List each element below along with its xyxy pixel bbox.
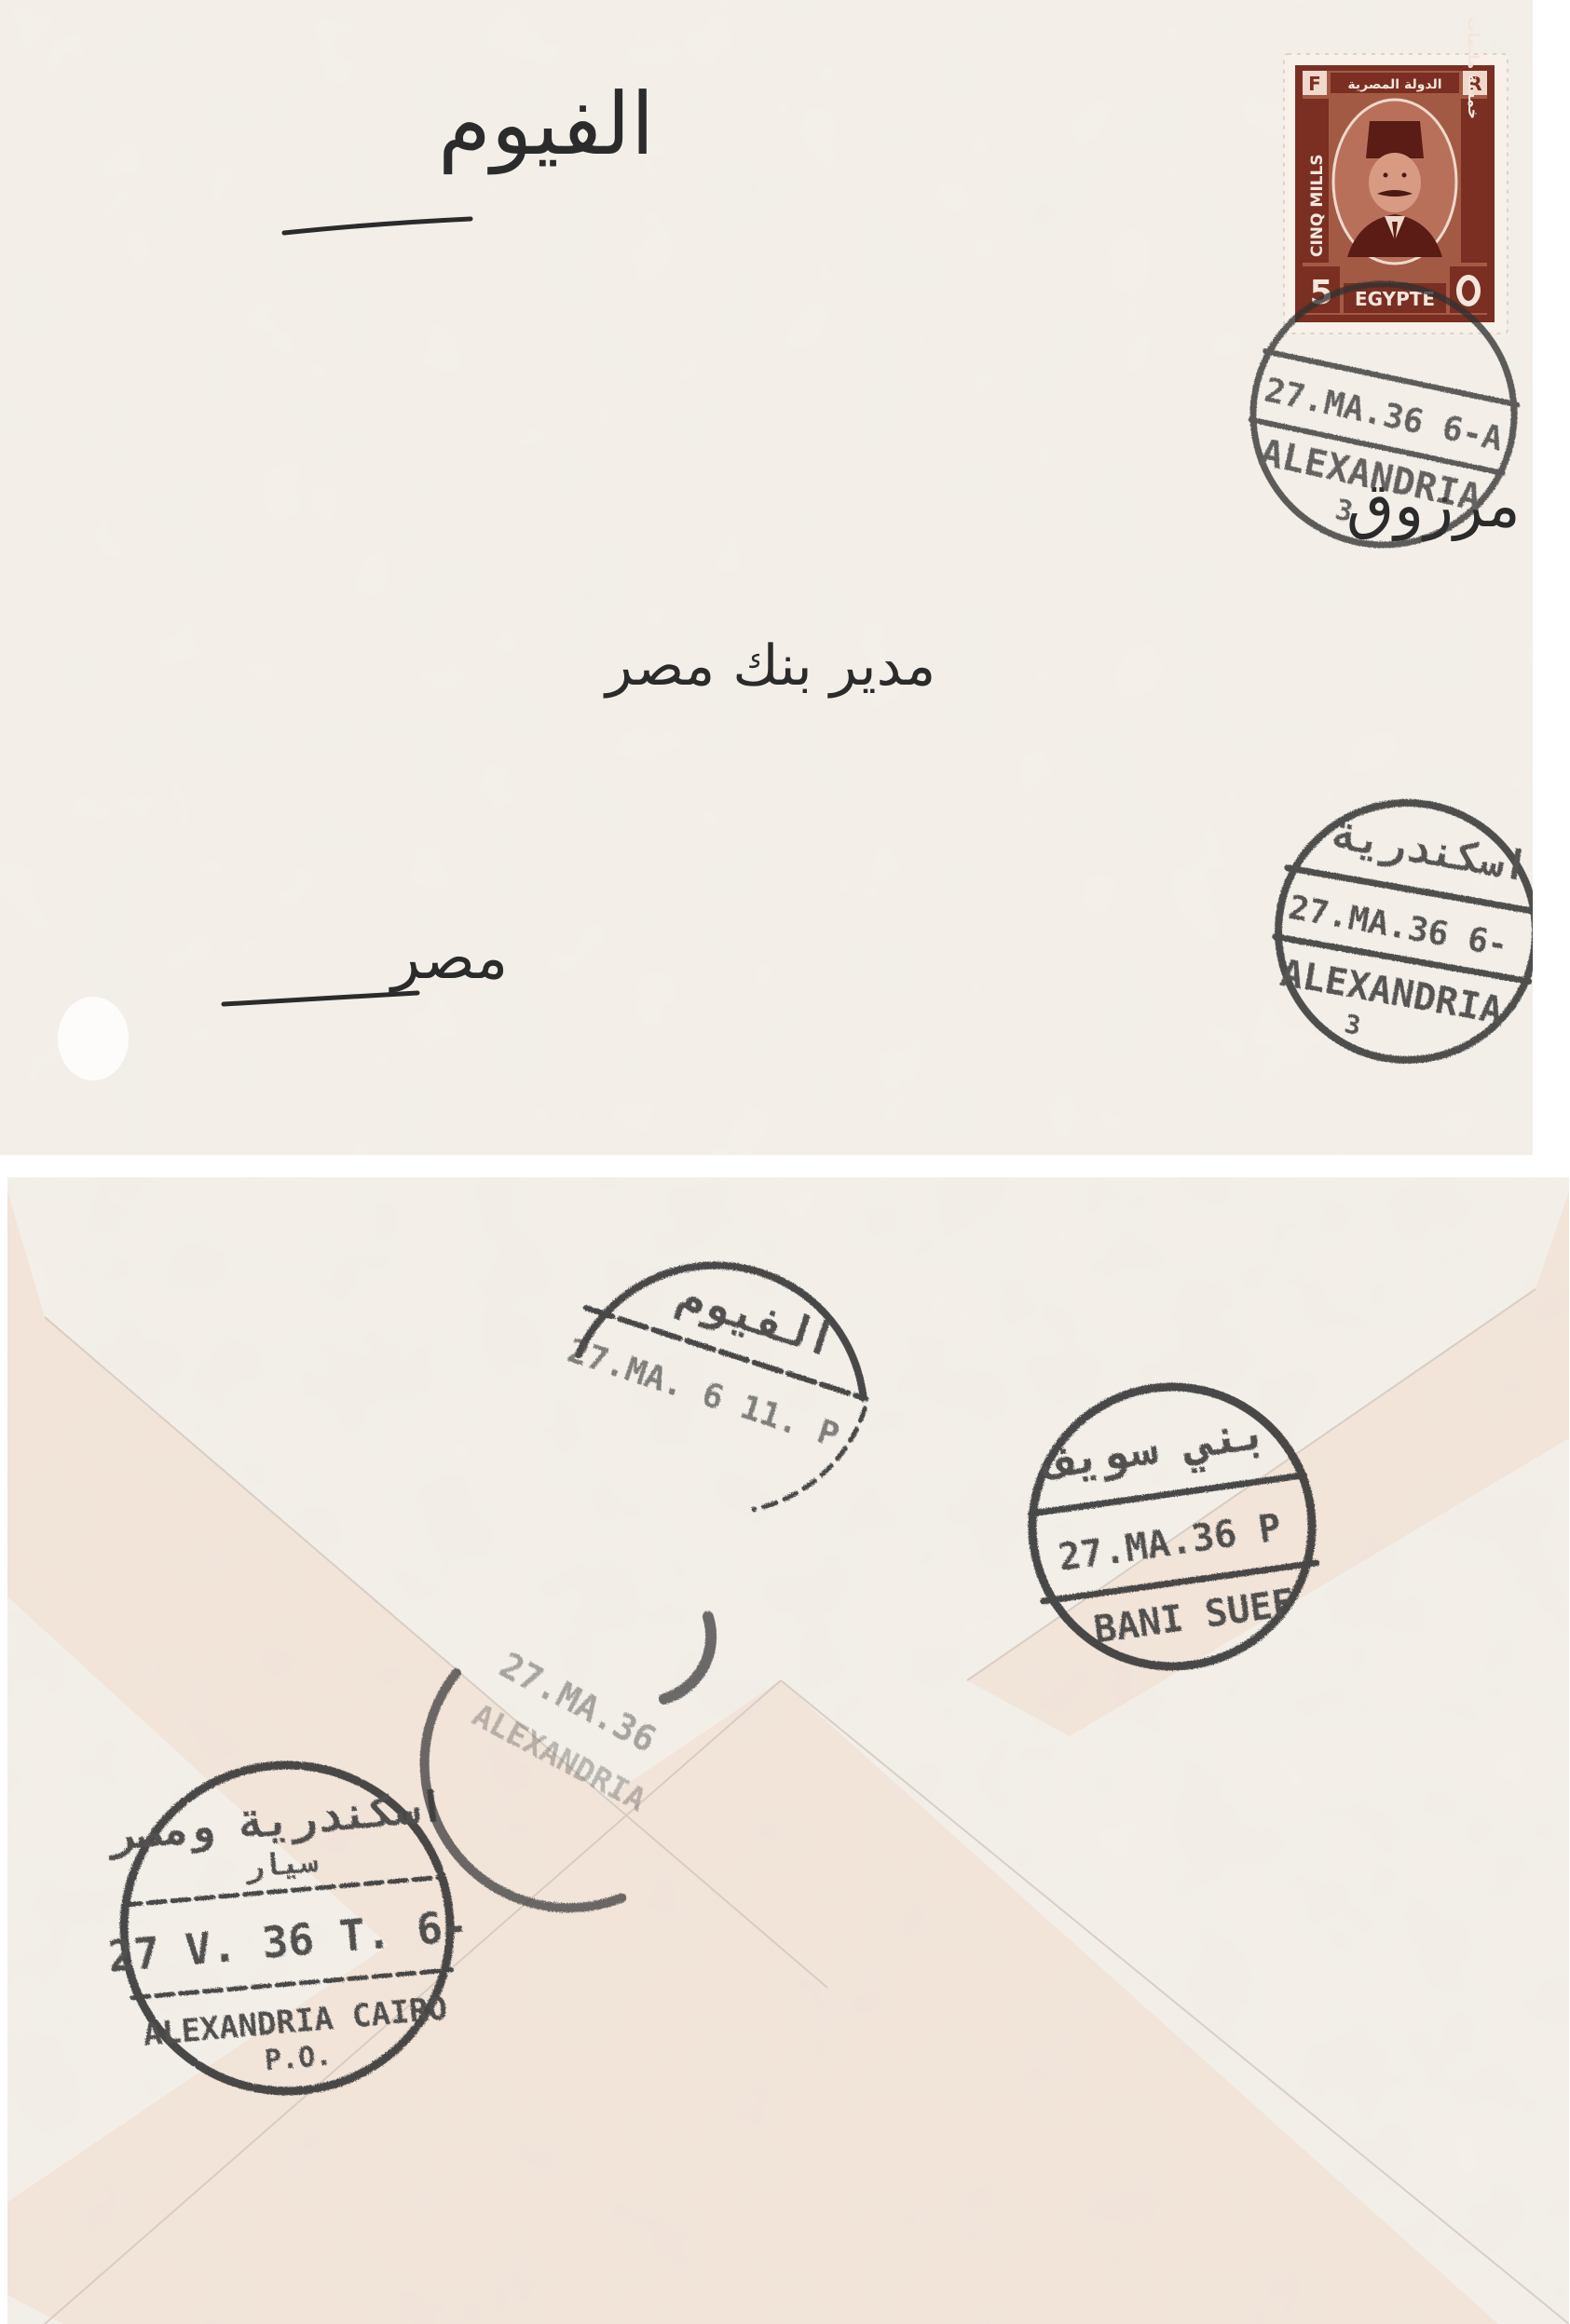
envelope-front-canvas: الفيوم حضرة المحترم الاجل الاستاذ محمد ا…: [0, 0, 1533, 1155]
envelope-back: الفيوم 27.MA. 6 11. P بني سويف 27.MA.36 …: [7, 1177, 1569, 2324]
svg-text:مصر: مصر: [389, 924, 508, 993]
envelope-back-canvas: الفيوم 27.MA. 6 11. P بني سويف 27.MA.36 …: [7, 1177, 1569, 2324]
addressee-title: مدير بنك مصر: [603, 633, 935, 699]
stamp-corner-left: F: [1308, 73, 1321, 95]
svg-text:سيار: سيار: [243, 1843, 320, 1885]
svg-text:الفيوم: الفيوم: [438, 75, 654, 175]
stamp-arabic-header: الدولة المصرية: [1347, 77, 1441, 92]
stamp-arabic-side: خمسة مليمات: [1465, 17, 1482, 119]
envelope-front: الفيوم حضرة المحترم الاجل الاستاذ محمد ا…: [0, 0, 1533, 1155]
svg-text:P.O.: P.O.: [264, 2039, 334, 2077]
stamp-value-text: CINQ MILLS: [1308, 154, 1327, 257]
